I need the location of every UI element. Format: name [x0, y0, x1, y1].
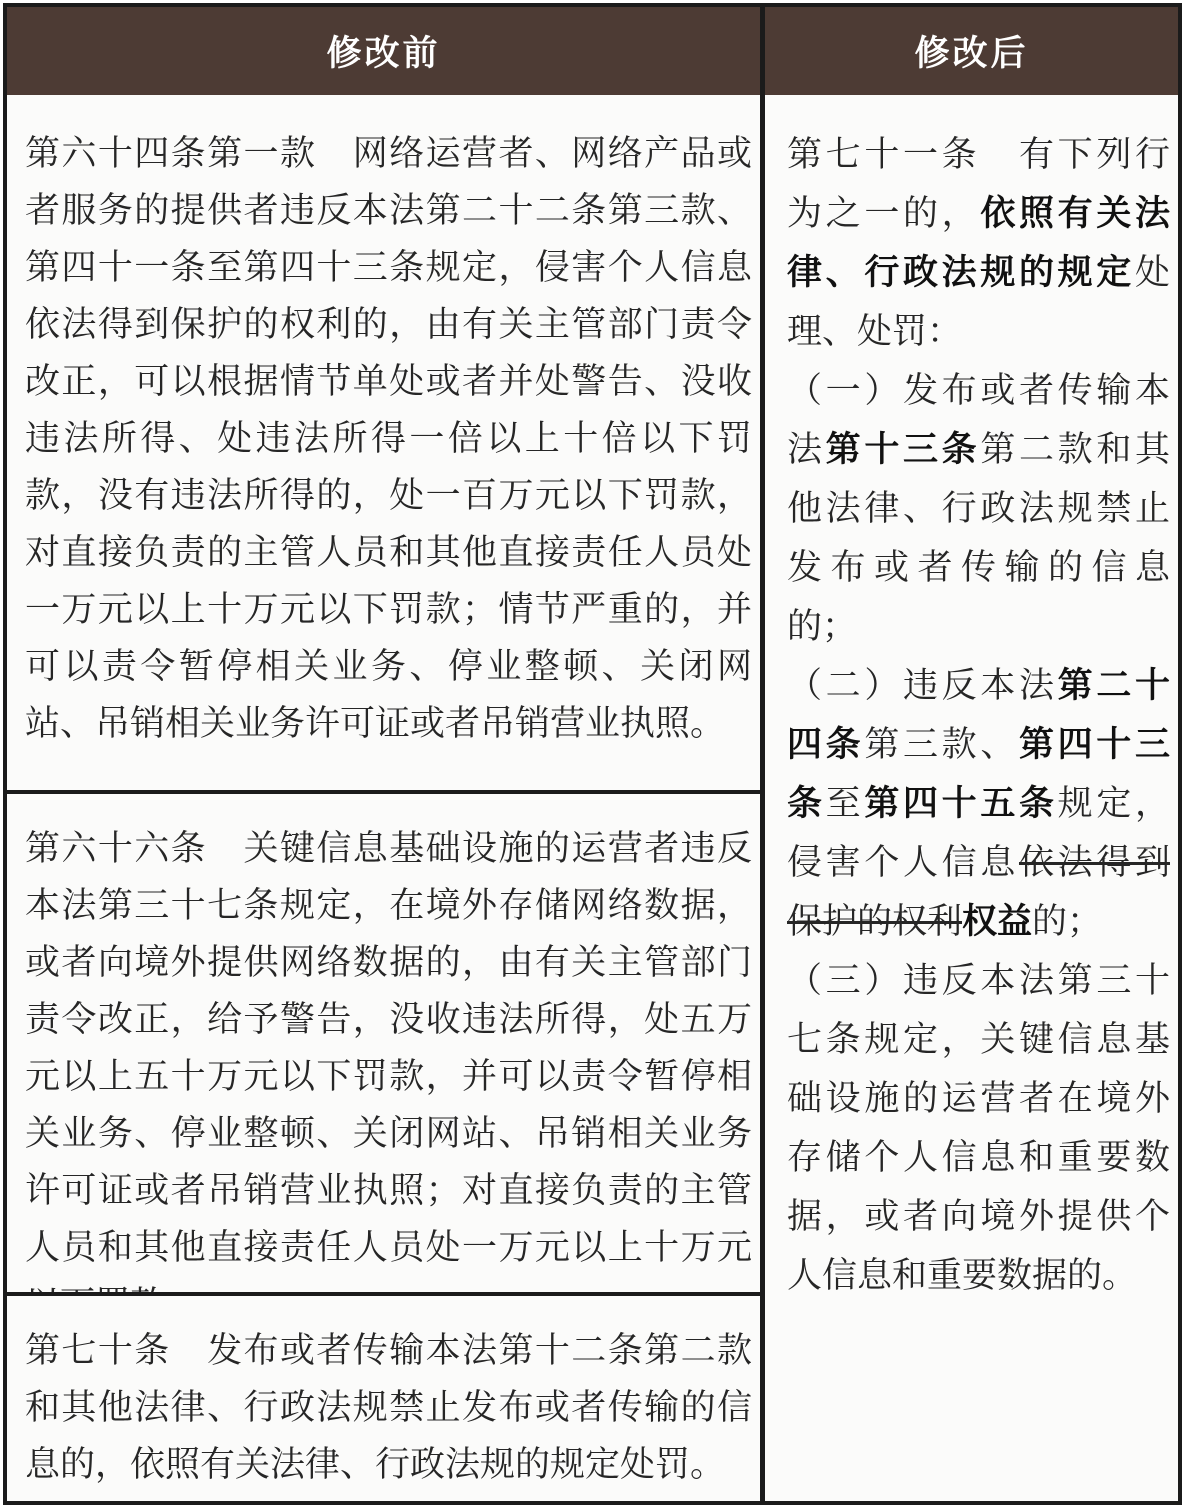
text-segment: 第十三条: [826, 430, 981, 469]
before-cell-article-66: 第六十六条 关键信息基础设施的运营者违反本法第三十七条规定，在境外存储网络数据，…: [7, 790, 760, 1292]
comparison-page: 修改前 修改后 第六十四条第一款 网络运营者、网络产品或者服务的提供者违反本法第…: [0, 0, 1185, 1508]
article-71-item-1-paragraph: （一）发布或者传输本法第十三条第二款和其他法律、行政法规禁止发布或者传输的信息的…: [787, 361, 1170, 656]
article-66-paragraph: 第六十六条 关键信息基础设施的运营者违反本法第三十七条规定，在境外存储网络数据，…: [25, 820, 752, 1292]
after-cell-article-71: 第七十一条 有下列行为之一的，依照有关法律、行政法规的规定处理、处罚： （一）发…: [765, 95, 1178, 1313]
law-revision-comparison-table: 修改前 修改后 第六十四条第一款 网络运营者、网络产品或者服务的提供者违反本法第…: [3, 3, 1182, 1505]
text-segment: 第六十六条 关键信息基础设施的运营者违反本法第三十七条规定，在境外存储网络数据，…: [25, 829, 752, 1292]
text-segment: 至: [826, 784, 865, 823]
before-cell-article-70: 第七十条 发布或者传输本法第十二条第二款和其他法律、行政法规禁止发布或者传输的信…: [7, 1292, 760, 1501]
text-segment: 第三款、: [864, 725, 1019, 764]
text-segment: （二）违反本法: [787, 666, 1058, 705]
article-64-paragraph: 第六十四条第一款 网络运营者、网络产品或者服务的提供者违反本法第二十二条第三款、…: [25, 125, 752, 752]
text-segment: （三）违反本法第三十七条规定，关键信息基础设施的运营者在境外存储个人信息和重要数…: [787, 961, 1170, 1295]
article-71-intro-paragraph: 第七十一条 有下列行为之一的，依照有关法律、行政法规的规定处理、处罚：: [787, 125, 1170, 361]
after-column: 第七十一条 有下列行为之一的，依照有关法律、行政法规的规定处理、处罚： （一）发…: [760, 95, 1178, 1501]
text-segment: 权益: [962, 902, 1032, 941]
text-segment: 第四十五条: [864, 784, 1057, 823]
column-header-after: 修改后: [760, 7, 1178, 95]
article-70-paragraph: 第七十条 发布或者传输本法第十二条第二款和其他法律、行政法规禁止发布或者传输的信…: [25, 1322, 752, 1493]
text-segment: 的；: [1032, 902, 1102, 941]
before-column: 第六十四条第一款 网络运营者、网络产品或者服务的提供者违反本法第二十二条第三款、…: [7, 95, 760, 1501]
article-71-item-2-paragraph: （二）违反本法第二十四条第三款、第四十三条至第四十五条规定，侵害个人信息依法得到…: [787, 656, 1170, 951]
article-71-item-3-paragraph: （三）违反本法第三十七条规定，关键信息基础设施的运营者在境外存储个人信息和重要数…: [787, 951, 1170, 1305]
text-segment: 第六十四条第一款 网络运营者、网络产品或者服务的提供者违反本法第二十二条第三款、…: [25, 134, 752, 743]
before-cell-article-64: 第六十四条第一款 网络运营者、网络产品或者服务的提供者违反本法第二十二条第三款、…: [7, 95, 760, 790]
column-header-before: 修改前: [7, 7, 760, 95]
text-segment: 第七十条 发布或者传输本法第十二条第二款和其他法律、行政法规禁止发布或者传输的信…: [25, 1331, 752, 1484]
